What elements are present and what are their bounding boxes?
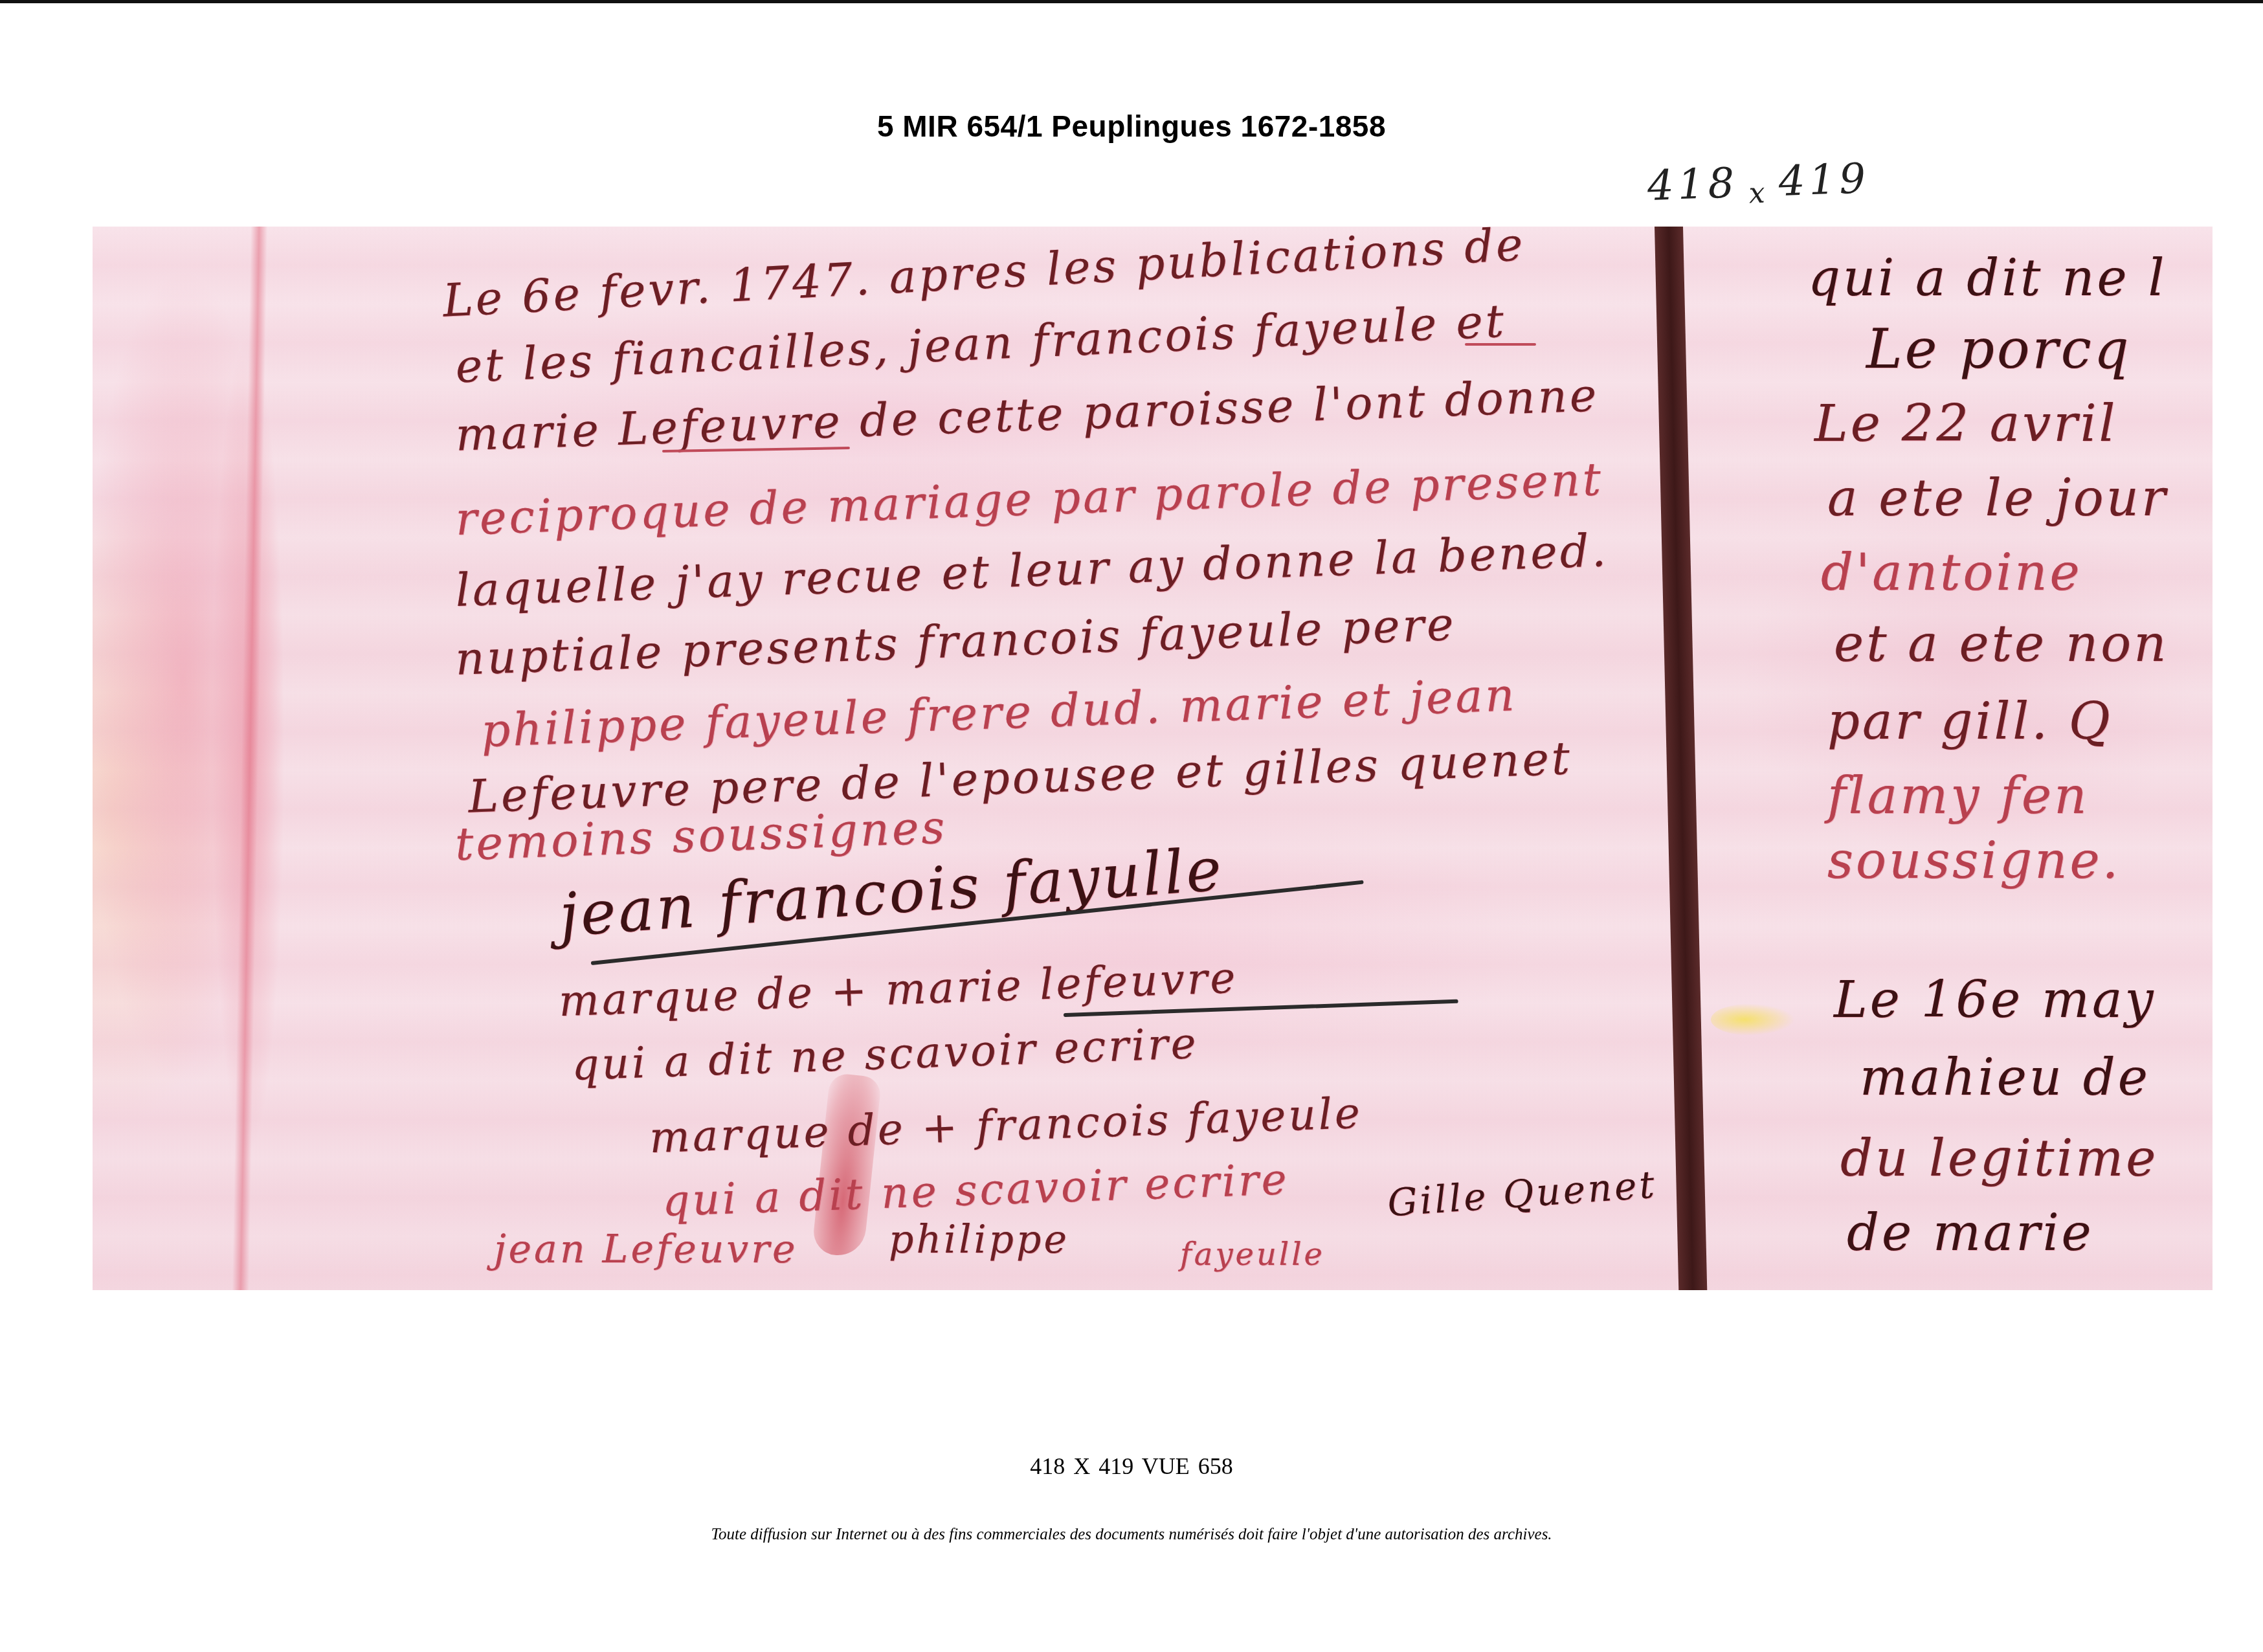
- pencil-annotation-left: 418: [1647, 159, 1739, 210]
- underline-mark: [1465, 343, 1536, 346]
- signature-bride-note: qui a dit ne scavoir ecrire: [571, 1018, 1199, 1090]
- yellow-mark: [1711, 1003, 1795, 1036]
- scan-top-border: [0, 0, 2263, 3]
- ink-stain: [812, 1073, 882, 1258]
- view-reference: 418 X 419 VUE 658: [0, 1453, 2263, 1480]
- register-line: qui a dit ne l: [1808, 249, 2167, 307]
- witness-signature: philippe: [889, 1217, 1069, 1262]
- register-line: a ete le jour: [1827, 469, 2168, 528]
- register-line: flamy fen: [1827, 767, 2089, 825]
- pencil-annotation: 418x419: [1647, 155, 1871, 214]
- register-line: Le porcq: [1866, 317, 2132, 381]
- binding-divider: [1655, 227, 1707, 1290]
- register-line: de marie: [1847, 1204, 2094, 1262]
- manuscript-scan: Le 6e fevr. 1747. apres les publications…: [93, 227, 2213, 1290]
- register-line: Le 22 avril: [1814, 395, 2118, 453]
- pencil-annotation-right: 419: [1778, 155, 1871, 206]
- register-line: Le 16e may: [1834, 971, 2156, 1029]
- register-line: et a ete non: [1834, 615, 2169, 673]
- page-title: 5 MIR 654/1 Peuplingues 1672-1858: [0, 109, 2263, 144]
- signature-father-note: qui a dit ne scavoir ecrire: [662, 1154, 1290, 1226]
- copyright-notice: Toute diffusion sur Internet ou à des fi…: [0, 1526, 2263, 1544]
- register-line: mahieu de: [1860, 1049, 2150, 1107]
- register-line: soussigne.: [1827, 832, 2121, 890]
- register-line: d'antoine: [1821, 544, 2082, 602]
- signature-bride-mark: marque de + marie lefeuvre: [558, 953, 1239, 1027]
- register-line: du legitime: [1840, 1130, 2158, 1188]
- margin-crease: [232, 227, 268, 1290]
- witness-signature: fayeulle: [1180, 1236, 1325, 1273]
- witness-signature: Gille Quenet: [1386, 1163, 1658, 1225]
- register-line: par gill. Q: [1827, 693, 2113, 751]
- signature-father-mark: marque de + francois fayeule: [649, 1088, 1363, 1163]
- pencil-annotation-separator: x: [1748, 176, 1770, 210]
- witness-signature: jean Lefeuvre: [494, 1227, 797, 1272]
